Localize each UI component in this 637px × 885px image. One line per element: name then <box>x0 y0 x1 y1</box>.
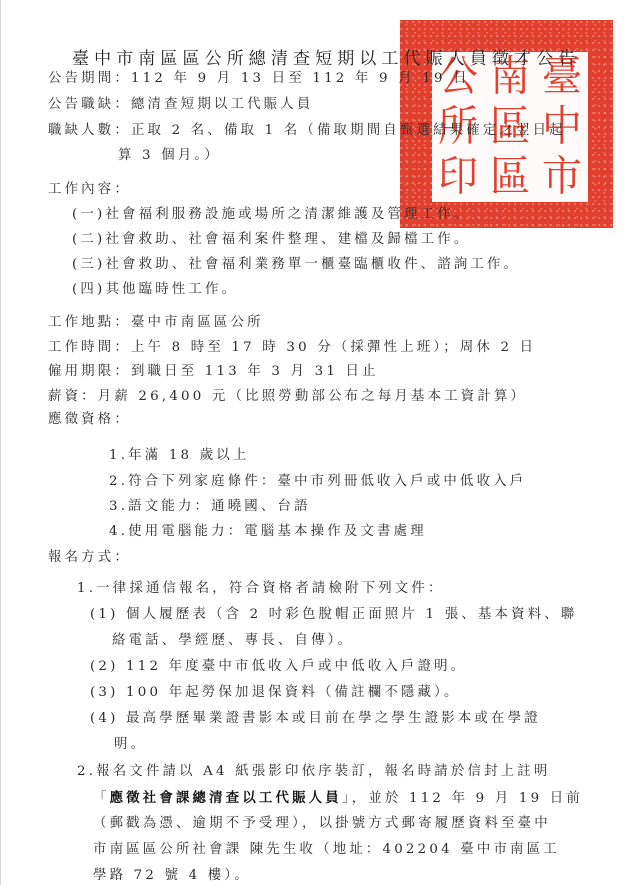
field-label: 公告職缺： <box>48 97 131 112</box>
seal-char: 市 <box>542 153 582 201</box>
field-value: 上午 8 時至 17 時 30 分（採彈性上班）；周休 2 日 <box>131 340 536 355</box>
field-label: 工作時間： <box>48 340 131 355</box>
qualification-item: 3.語文能力：通曉國、台語 <box>109 498 311 516</box>
required-document-cont: 絡電話、學經歷、專長、自傳）。 <box>112 632 354 650</box>
required-document: (3) 100 年起勞保加退保資料（備註欄不隱藏）。 <box>90 684 461 702</box>
announcement-period: 公告期間：112 年 9 月 13 日至 112 年 9 月 19 日 <box>48 70 470 88</box>
field-value: 月薪 26,400 元（比照勞動部公布之每月基本工資計算） <box>98 389 527 404</box>
qualification-item: 2.符合下列家庭條件：臺中市列冊低收入戶或中低收入戶 <box>109 473 526 491</box>
envelope-label-text: 應徵社會課總清查以工代賑人員 <box>110 790 342 806</box>
quote-open: 「 <box>93 791 110 806</box>
application-item-2: 2.報名文件請以 A4 紙張影印依序裝訂，報名時請於信封上註明 <box>77 763 550 781</box>
qualifications-label: 應徵資格： <box>48 411 131 429</box>
field-value: 總清查短期以工代賑人員 <box>131 97 314 112</box>
application-item-2-line3: （郵戳為憑、逾期不予受理），以掛號方式郵寄履歷資料至臺中 <box>93 815 551 833</box>
work-location: 工作地點：臺中市南區區公所 <box>48 314 264 332</box>
seal-char: 印 <box>438 153 478 201</box>
field-label: 薪資： <box>48 389 98 404</box>
application-item-2-line5: 學路 72 號 4 樓）。 <box>93 867 251 885</box>
field-value: 112 年 9 月 13 日至 112 年 9 月 19 日 <box>131 71 470 86</box>
work-hours: 工作時間：上午 8 時至 17 時 30 分（採彈性上班）；周休 2 日 <box>48 339 536 357</box>
field-label: 僱用期限： <box>48 364 131 379</box>
duty-item: (三)社會救助、社會福利業務單一櫃臺臨櫃收件、諮詢工作。 <box>72 256 520 274</box>
quote-rest: 」，並於 112 年 9 月 19 日前 <box>342 791 583 806</box>
openings-count-continued: 算 3 個月。） <box>118 147 221 165</box>
page-edge <box>0 0 1 885</box>
employment-term: 僱用期限：到職日至 113 年 3 月 31 日止 <box>48 363 379 381</box>
field-value: 到職日至 113 年 3 月 31 日止 <box>131 364 379 379</box>
duty-item: (四)其他臨時性工作。 <box>72 281 238 299</box>
field-label: 公告期間： <box>48 71 131 86</box>
field-label: 職缺人數： <box>48 123 131 138</box>
announcement-position: 公告職缺：總清查短期以工代賑人員 <box>48 96 313 114</box>
document-title: 臺中市南區區公所總清查短期以工代賑人員徵才公告 <box>72 44 580 69</box>
application-label: 報名方式： <box>48 549 131 567</box>
required-document: (2) 112 年度臺中市低收入戶或中低收入戶證明。 <box>90 658 467 676</box>
seal-char: 區 <box>490 153 530 201</box>
application-item-1: 1.一律採通信報名，符合資格者請檢附下列文件： <box>77 580 445 598</box>
field-label: 工作地點： <box>48 315 131 330</box>
duty-item: (二)社會救助、社會福利案件整理、建檔及歸檔工作。 <box>72 231 470 249</box>
qualification-item: 4.使用電腦能力：電腦基本操作及文書處理 <box>109 523 427 541</box>
qualification-item: 1.年滿 18 歲以上 <box>109 447 249 465</box>
required-document: (1) 個人履歷表（含 2 吋彩色脫帽正面照片 1 張、基本資料、聯 <box>90 606 577 624</box>
duties-label: 工作內容： <box>48 181 131 199</box>
field-value: 正取 2 名、備取 1 名（備取期間自甄選結果確定之翌日起 <box>131 123 566 138</box>
field-value: 臺中市南區區公所 <box>131 315 264 330</box>
required-document-cont: 明。 <box>114 736 147 754</box>
duty-item: (一)社會福利服務設施或場所之清潔維護及管理工作。 <box>72 206 470 224</box>
application-item-2-line4: 市南區區公所社會課 陳先生收（地址：402204 臺中市南區工 <box>93 841 560 859</box>
required-document: (4) 最高學歷畢業證書影本或目前在學之學生證影本或在學證 <box>90 710 541 728</box>
application-item-2-quote: 「應徵社會課總清查以工代賑人員」，並於 112 年 9 月 19 日前 <box>93 789 583 808</box>
openings-count: 職缺人數：正取 2 名、備取 1 名（備取期間自甄選結果確定之翌日起 <box>48 122 566 140</box>
salary: 薪資：月薪 26,400 元（比照勞動部公布之每月基本工資計算） <box>48 388 527 406</box>
